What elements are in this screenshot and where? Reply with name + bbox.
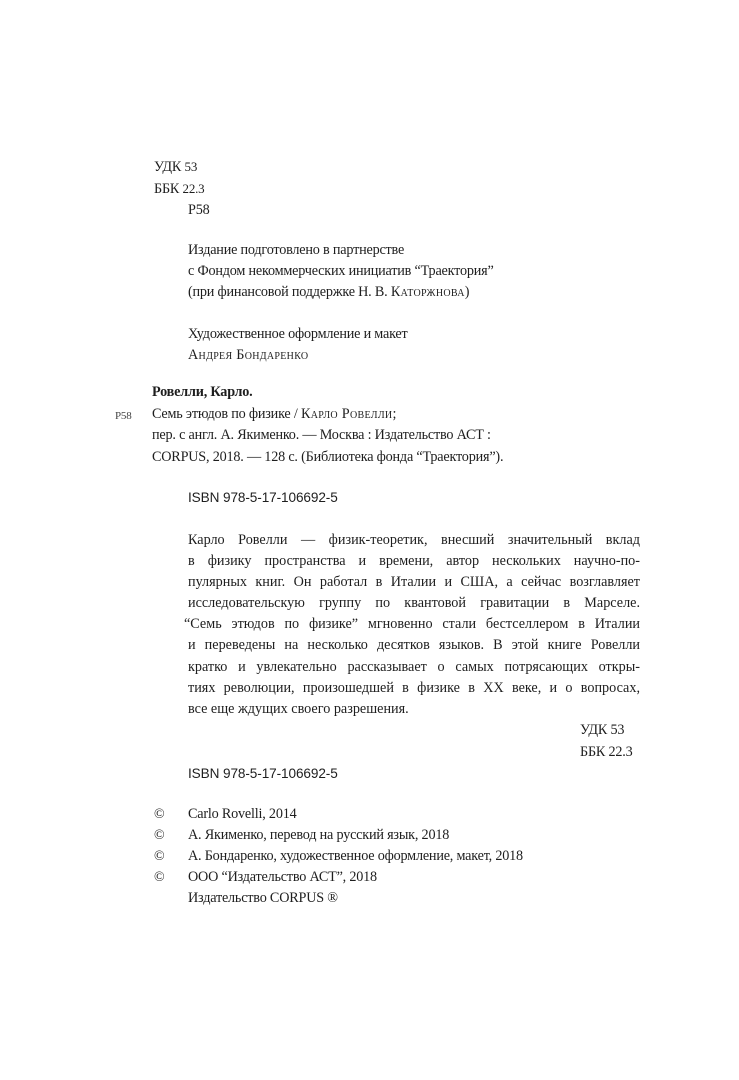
copyright-item: А. Якименко, перевод на русский язык, 20… <box>188 825 449 846</box>
annotation-line: тиях революции, произошедшей в физике в … <box>188 678 640 699</box>
bib-line: Семь этюдов по физике / Карло Ровелли; <box>152 404 396 425</box>
copyright-icon: © <box>154 846 164 867</box>
bib-line: пер. с англ. А. Якименко. — Москва : Изд… <box>152 425 491 446</box>
udk-right: УДК 53 <box>580 720 624 741</box>
author-heading: Ровелли, Карло. <box>152 382 253 403</box>
annotation-line: исследовательскую группу по квантовой гр… <box>188 593 640 614</box>
annotation-line: кратко и увлекательно рассказывает о сам… <box>188 657 640 678</box>
bbk-value: 22.3 <box>183 181 205 196</box>
copyright-icon: © <box>154 867 164 888</box>
author-mark-margin: Р58 <box>115 406 132 427</box>
bib-line: CORPUS, 2018. — 128 с. (Библиотека фонда… <box>152 447 503 468</box>
udk-label: УДК <box>154 159 181 175</box>
annotation-line: пулярных книг. Он работал в Италии и США… <box>188 572 640 593</box>
bbk-line: ББК 22.3 <box>154 178 204 200</box>
bbk-right: ББК 22.3 <box>580 742 633 763</box>
isbn: ISBN 978-5-17-106692-5 <box>188 487 338 508</box>
annotation-line: в физику пространства и времени, автор н… <box>188 551 640 572</box>
author-mark: Р58 <box>188 200 209 221</box>
sponsor-name: Каторжнова <box>391 284 465 300</box>
annotation-line: и переведены на несколько десятков языко… <box>188 635 640 656</box>
copyright-item: А. Бондаренко, художественное оформление… <box>188 846 523 867</box>
udk-value: 53 <box>185 159 198 174</box>
author-name-sc: Карло Ровелли <box>301 406 393 422</box>
isbn-repeat: ISBN 978-5-17-106692-5 <box>188 763 338 784</box>
partnership-line: Издание подготовлено в партнерстве <box>188 240 404 261</box>
copyright-icon: © <box>154 825 164 846</box>
partnership-line: с Фондом некоммерческих инициатив “Траек… <box>188 261 494 282</box>
copyright-icon: © <box>154 804 164 825</box>
partnership-line: (при финансовой поддержке Н. В. Каторжно… <box>188 282 469 303</box>
designer-name: Андрея Бондаренко <box>188 345 308 366</box>
bbk-label: ББК <box>154 181 179 197</box>
annotation-line: “Семь этюдов по физике” мгновенно стали … <box>184 614 640 635</box>
copyright-item: ООО “Издательство АСТ”, 2018 <box>188 867 377 888</box>
imprint: Издательство CORPUS ® <box>188 888 338 909</box>
copyright-item: Carlo Rovelli, 2014 <box>188 804 297 825</box>
annotation-line: все еще ждущих своего разрешения. <box>188 699 640 720</box>
udk-line: УДК 53 <box>154 156 197 178</box>
annotation-line: Карло Ровелли — физик-теоретик, внесший … <box>188 530 640 551</box>
design-line: Художественное оформление и макет <box>188 324 408 345</box>
annotation: Карло Ровелли — физик-теоретик, внесший … <box>188 530 640 720</box>
